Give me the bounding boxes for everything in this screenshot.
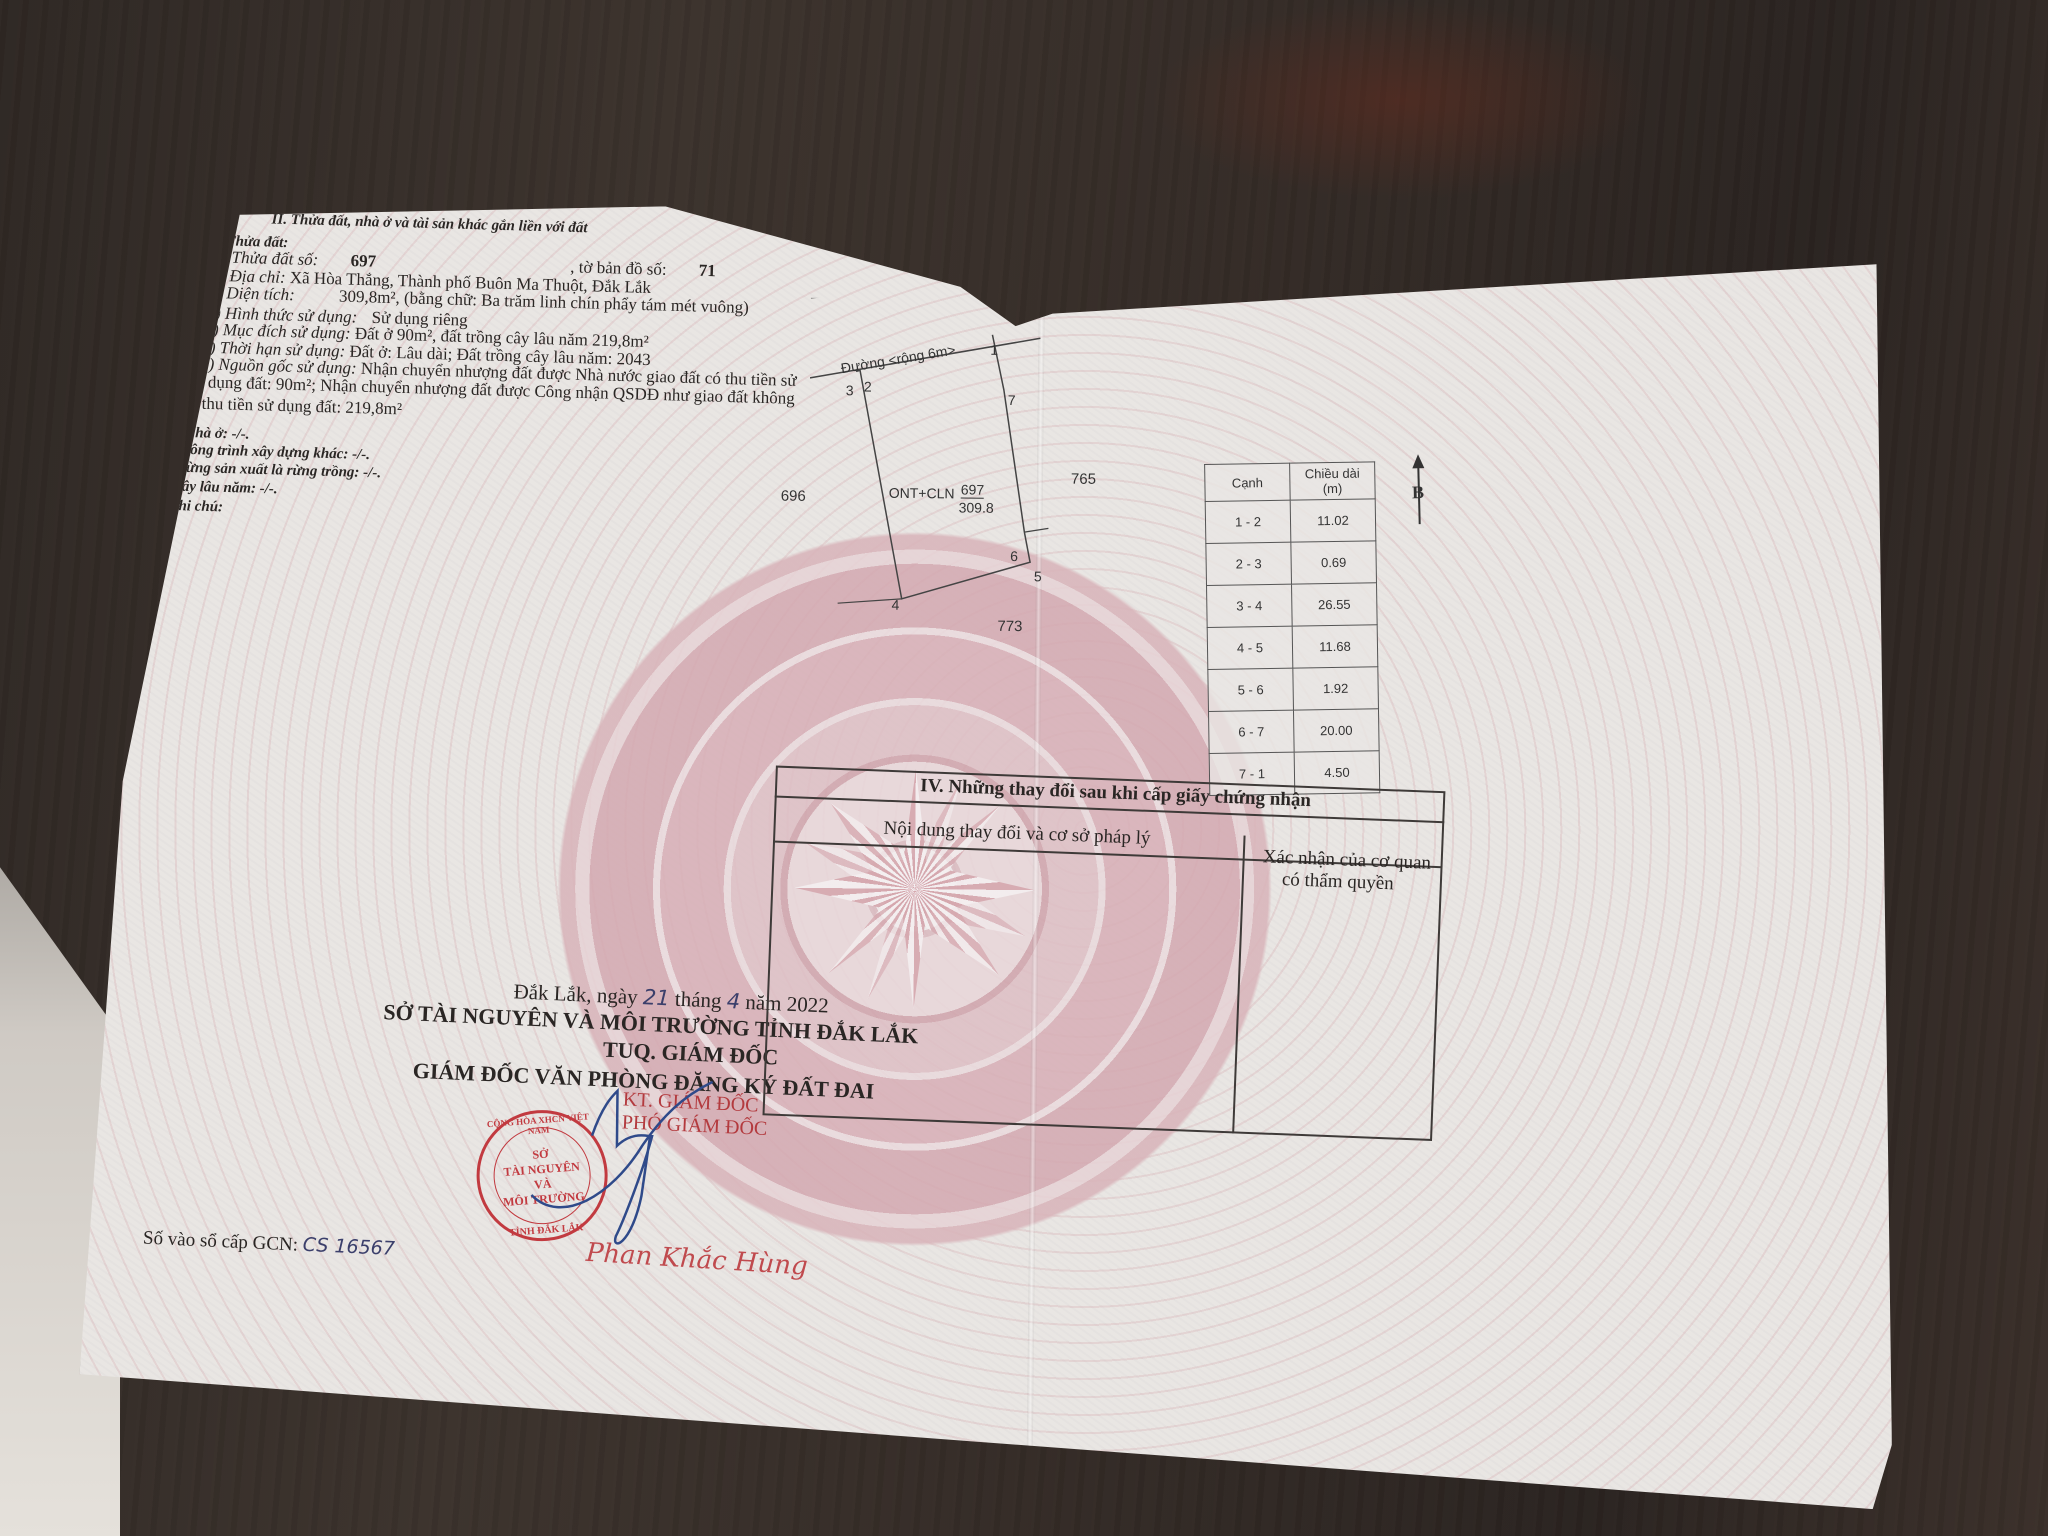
north-label: B [1412,482,1425,503]
date-day: 21 [642,985,670,1010]
month-label: tháng [674,987,722,1013]
length-cell: 11.68 [1292,625,1378,668]
edge-cell: 5 - 6 [1208,668,1294,711]
edge-table-row: 6 - 720.00 [1208,709,1379,754]
parcel-number: 697 [350,251,376,271]
neighbor-east: 765 [1071,471,1096,488]
neighbor-south: 773 [997,618,1022,635]
neighbor-west: 696 [781,488,806,505]
edge-column-header: Cạnh [1205,463,1291,501]
changes-table: IV. Những thay đổi sau khi cấp giấy chứn… [762,766,1445,1141]
edge-table-row: 4 - 511.68 [1207,625,1378,670]
land-code: ONT+CLN [889,485,955,502]
vertex-label: 3 [846,382,854,398]
length-cell: 11.02 [1290,499,1376,542]
changes-table-frame [762,766,1445,1141]
length-cell: 20.00 [1293,709,1379,752]
gcn-value: CS 16567 [302,1234,395,1260]
edge-cell: 2 - 3 [1206,542,1292,585]
parcel-area-label: 309.8 [959,499,994,515]
vertex-label: 6 [1010,548,1018,564]
edge-cell: 6 - 7 [1208,710,1294,753]
north-arrow-icon: B [1408,454,1430,524]
map-sheet-number: 71 [699,261,717,280]
vertex-label: 4 [892,597,900,613]
length-cell: 1.92 [1293,667,1379,710]
edge-cell: 4 - 5 [1207,626,1293,669]
parcel-number-label: 697 [961,481,985,498]
vertex-label: 1 [990,342,998,358]
edge-table-row: 5 - 61.92 [1208,667,1379,712]
length-cell: 26.55 [1292,583,1378,626]
date-month: 4 [726,989,740,1014]
edge-table-row: 1 - 211.02 [1205,499,1376,544]
date-prefix: Đắk Lắk, ngày [513,979,638,1009]
vertex-label: 5 [1034,568,1042,584]
handwritten-signature-icon [521,1075,723,1267]
background-object [1150,0,1650,200]
edge-table-row: 3 - 426.55 [1207,583,1378,628]
confirmation-column-header-line2: có thẩm quyền [1281,869,1394,895]
length-column-header: Chiều dài (m) [1290,462,1376,500]
edge-cell: 1 - 2 [1205,500,1291,543]
edge-length-table: Cạnh Chiều dài (m) 1 - 211.022 - 30.693 … [1204,461,1380,796]
land-certificate-sheet: II. Thửa đất, nhà ở và tài sản khác gắn … [78,200,1941,1509]
edge-table-row: 2 - 30.69 [1206,541,1377,586]
length-cell: 0.69 [1291,541,1377,584]
vertex-label: 2 [864,378,872,394]
edge-cell: 3 - 4 [1207,584,1293,627]
vertex-label: 7 [1008,392,1016,408]
